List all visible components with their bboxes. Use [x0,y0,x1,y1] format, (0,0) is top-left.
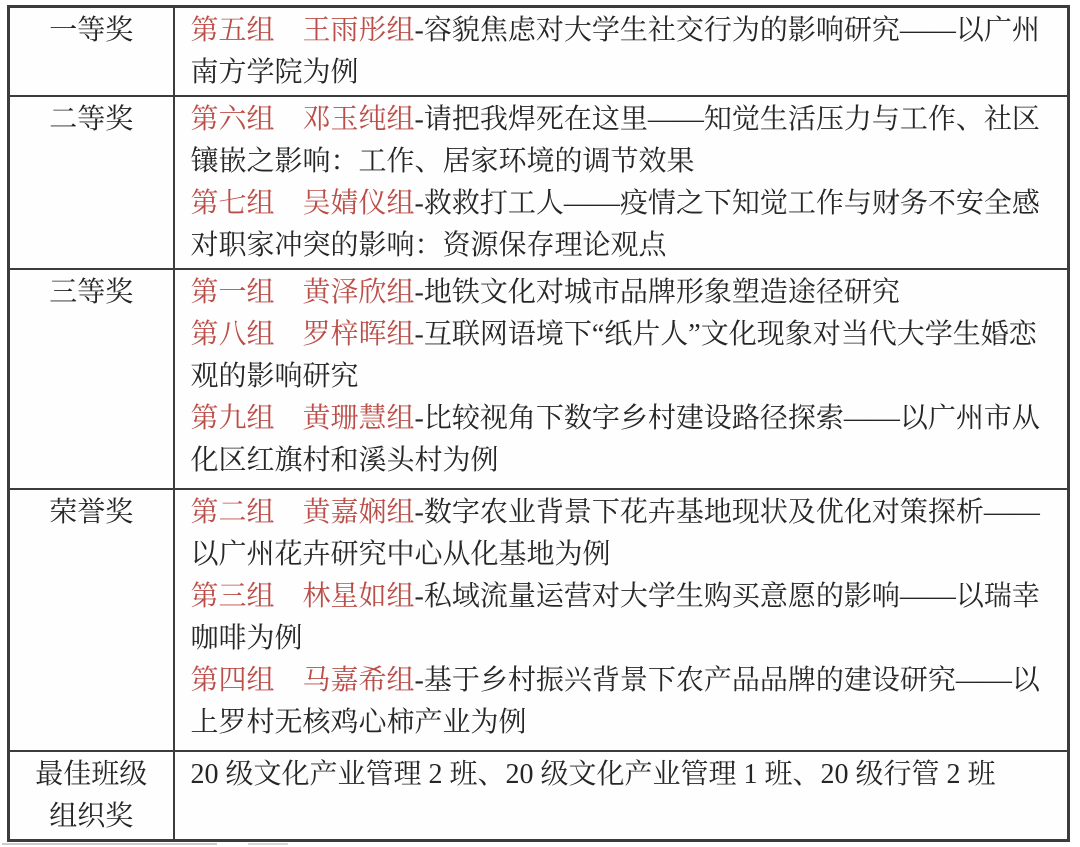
cutoff-artifact-line [248,843,288,845]
group-name: 第六组 邓玉纯组 [191,104,415,135]
entry: 第七组 吴婧仪组-救救打工人——疫情之下知觉工作与财务不安全感对职家冲突的影响：… [191,183,1052,267]
table-row-second-prize: 二等奖 第六组 邓玉纯组-请把我焊死在这里——知觉生活压力与工作、社区镶嵌之影响… [9,96,1069,269]
entry-title: 20 级文化产业管理 2 班、20 级文化产业管理 1 班、20 级行管 2 班 [191,759,996,790]
award-label: 最佳班级组织奖 [9,751,174,841]
group-name: 第三组 林星如组 [191,581,415,612]
cutoff-artifact-line [2,843,217,845]
entry: 第五组 王雨彤组-容貌焦虑对大学生社交行为的影响研究——以广州南方学院为例 [191,10,1052,94]
group-name: 第四组 马嘉希组 [191,665,415,696]
entries-cell: 第五组 王雨彤组-容貌焦虑对大学生社交行为的影响研究——以广州南方学院为例 [174,7,1069,97]
table-row-third-prize: 三等奖 第一组 黄泽欣组-地铁文化对城市品牌形象塑造途径研究 第八组 罗梓晖组-… [9,269,1069,489]
award-label: 二等奖 [9,96,174,269]
entry-title: -地铁文化对城市品牌形象塑造途径研究 [415,277,900,308]
entry: 20 级文化产业管理 2 班、20 级文化产业管理 1 班、20 级行管 2 班 [191,754,1052,796]
group-name: 第八组 罗梓晖组 [191,319,415,350]
group-name: 第二组 黄嘉娴组 [191,497,415,528]
entries-cell: 第二组 黄嘉娴组-数字农业背景下花卉基地现状及优化对策探析——以广州花卉研究中心… [174,489,1069,751]
group-name: 第一组 黄泽欣组 [191,277,415,308]
entry: 第六组 邓玉纯组-请把我焊死在这里——知觉生活压力与工作、社区镶嵌之影响：工作、… [191,99,1052,183]
group-name: 第九组 黄珊慧组 [191,403,415,434]
entry: 第二组 黄嘉娴组-数字农业背景下花卉基地现状及优化对策探析——以广州花卉研究中心… [191,492,1052,576]
entry: 第三组 林星如组-私域流量运营对大学生购买意愿的影响——以瑞幸咖啡为例 [191,576,1052,660]
table-row-first-prize: 一等奖 第五组 王雨彤组-容貌焦虑对大学生社交行为的影响研究——以广州南方学院为… [9,7,1069,97]
group-name: 第七组 吴婧仪组 [191,188,415,219]
entry: 第八组 罗梓晖组-互联网语境下“纸片人”文化现象对当代大学生婚恋观的影响研究 [191,314,1052,398]
entries-cell: 第一组 黄泽欣组-地铁文化对城市品牌形象塑造途径研究 第八组 罗梓晖组-互联网语… [174,269,1069,489]
award-label: 一等奖 [9,7,174,97]
group-name: 第五组 王雨彤组 [191,15,415,46]
table-row-best-class-organization: 最佳班级组织奖 20 级文化产业管理 2 班、20 级文化产业管理 1 班、20… [9,751,1069,841]
table-row-honor-prize: 荣誉奖 第二组 黄嘉娴组-数字农业背景下花卉基地现状及优化对策探析——以广州花卉… [9,489,1069,751]
entries-cell: 第六组 邓玉纯组-请把我焊死在这里——知觉生活压力与工作、社区镶嵌之影响：工作、… [174,96,1069,269]
awards-table: 一等奖 第五组 王雨彤组-容貌焦虑对大学生社交行为的影响研究——以广州南方学院为… [7,5,1070,842]
award-label: 荣誉奖 [9,489,174,751]
entry: 第九组 黄珊慧组-比较视角下数字乡村建设路径探索——以广州市从化区红旗村和溪头村… [191,398,1052,482]
entries-cell: 20 级文化产业管理 2 班、20 级文化产业管理 1 班、20 级行管 2 班 [174,751,1069,841]
award-label: 三等奖 [9,269,174,489]
entry: 第一组 黄泽欣组-地铁文化对城市品牌形象塑造途径研究 [191,272,1052,314]
entry: 第四组 马嘉希组-基于乡村振兴背景下农产品品牌的建设研究——以上罗村无核鸡心柿产… [191,660,1052,744]
